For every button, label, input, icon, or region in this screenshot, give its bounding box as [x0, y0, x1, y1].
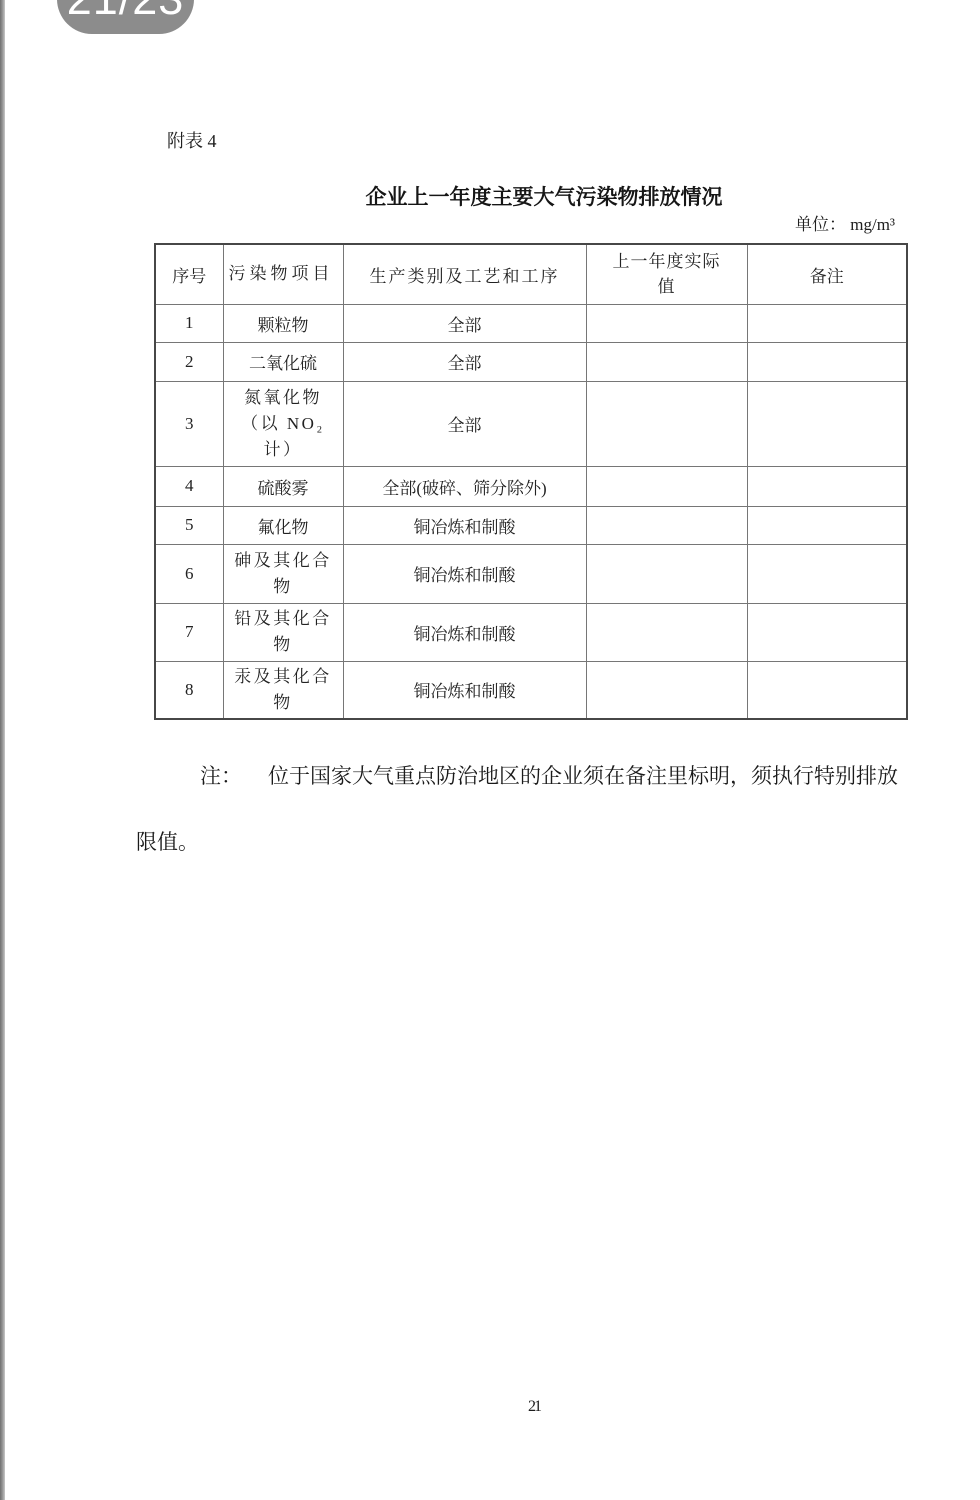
table-row: 7 铅及其化合物 铜冶炼和制酸 [155, 603, 907, 661]
process-cell: 全部 [343, 304, 586, 342]
footnote-line-2: 限值。 [136, 826, 938, 856]
row-no-cell: 6 [155, 544, 223, 603]
emissions-table: 序号 污染物项目 生产类别及工艺和工序 上一年度实际值 备注 1 颗粒物 全部 … [154, 243, 908, 720]
row-no-cell: 7 [155, 603, 223, 661]
actual-value-cell [586, 544, 747, 603]
process-cell: 全部 [343, 381, 586, 466]
document-page: 21/23 附表 4 企业上一年度主要大气污染物排放情况 单位： mg/m³ 序… [0, 0, 980, 1500]
row-no-cell: 5 [155, 506, 223, 544]
table-header-row: 序号 污染物项目 生产类别及工艺和工序 上一年度实际值 备注 [155, 244, 907, 304]
header-remark: 备注 [747, 244, 907, 304]
page-edge-strip [0, 0, 5, 1500]
header-actual-value-label: 上一年度实际值 [610, 249, 724, 299]
appendix-label: 附表 4 [167, 127, 217, 153]
remark-cell [747, 603, 907, 661]
table-row: 5 氟化物 铜冶炼和制酸 [155, 506, 907, 544]
pollutant-cell: 砷及其化合物 [223, 544, 343, 603]
header-pollutant: 污染物项目 [223, 244, 343, 304]
row-no-cell: 2 [155, 342, 223, 381]
row-no-cell: 1 [155, 304, 223, 342]
actual-value-cell [586, 603, 747, 661]
pollutant-cell: 硫酸雾 [223, 466, 343, 506]
table-row: 8 汞及其化合物 铜冶炼和制酸 [155, 661, 907, 719]
footnote-text: 位于国家大气重点防治地区的企业须在备注里标明，须执行特别排放 [268, 765, 898, 788]
process-cell: 铜冶炼和制酸 [343, 506, 586, 544]
page-indicator-badge: 21/23 [57, 0, 194, 34]
remark-cell [747, 661, 907, 719]
actual-value-cell [586, 466, 747, 506]
pollutant-cell: 颗粒物 [223, 304, 343, 342]
pollutant-cell: 二氧化硫 [223, 342, 343, 381]
remark-cell [747, 304, 907, 342]
remark-cell [747, 466, 907, 506]
remark-cell [747, 544, 907, 603]
pollutant-cell: 氟化物 [223, 506, 343, 544]
row-no-cell: 4 [155, 466, 223, 506]
remark-cell [747, 342, 907, 381]
actual-value-cell [586, 506, 747, 544]
actual-value-cell [586, 661, 747, 719]
process-cell: 全部 [343, 342, 586, 381]
pollutant-cell: 汞及其化合物 [223, 661, 343, 719]
table-row: 4 硫酸雾 全部(破碎、筛分除外) [155, 466, 907, 506]
table-row: 6 砷及其化合物 铜冶炼和制酸 [155, 544, 907, 603]
page-indicator-label: 21/23 [67, 0, 185, 25]
document-title: 企业上一年度主要大气污染物排放情况 [168, 181, 920, 211]
header-no: 序号 [155, 244, 223, 304]
table-row: 3 氮氧化物 （以 NO₂ 计） 全部 [155, 381, 907, 466]
footnote: 注：位于国家大气重点防治地区的企业须在备注里标明，须执行特别排放 限值。 [136, 760, 938, 856]
unit-label: 单位： mg/m³ [795, 210, 895, 235]
footnote-prefix: 注： [200, 765, 242, 788]
page-number: 21 [528, 1398, 540, 1416]
remark-cell [747, 381, 907, 466]
remark-cell [747, 506, 907, 544]
header-process: 生产类别及工艺和工序 [343, 244, 586, 304]
actual-value-cell [586, 381, 747, 466]
table-row: 2 二氧化硫 全部 [155, 342, 907, 381]
table-row: 1 颗粒物 全部 [155, 304, 907, 342]
process-cell: 铜冶炼和制酸 [343, 661, 586, 719]
process-cell: 全部(破碎、筛分除外) [343, 466, 586, 506]
row-no-cell: 8 [155, 661, 223, 719]
header-actual-value: 上一年度实际值 [586, 244, 747, 304]
pollutant-cell: 铅及其化合物 [223, 603, 343, 661]
footnote-line-1: 注：位于国家大气重点防治地区的企业须在备注里标明，须执行特别排放 [136, 760, 938, 790]
actual-value-cell [586, 342, 747, 381]
row-no-cell: 3 [155, 381, 223, 466]
actual-value-cell [586, 304, 747, 342]
pollutant-cell: 氮氧化物 （以 NO₂ 计） [223, 381, 343, 466]
process-cell: 铜冶炼和制酸 [343, 603, 586, 661]
process-cell: 铜冶炼和制酸 [343, 544, 586, 603]
